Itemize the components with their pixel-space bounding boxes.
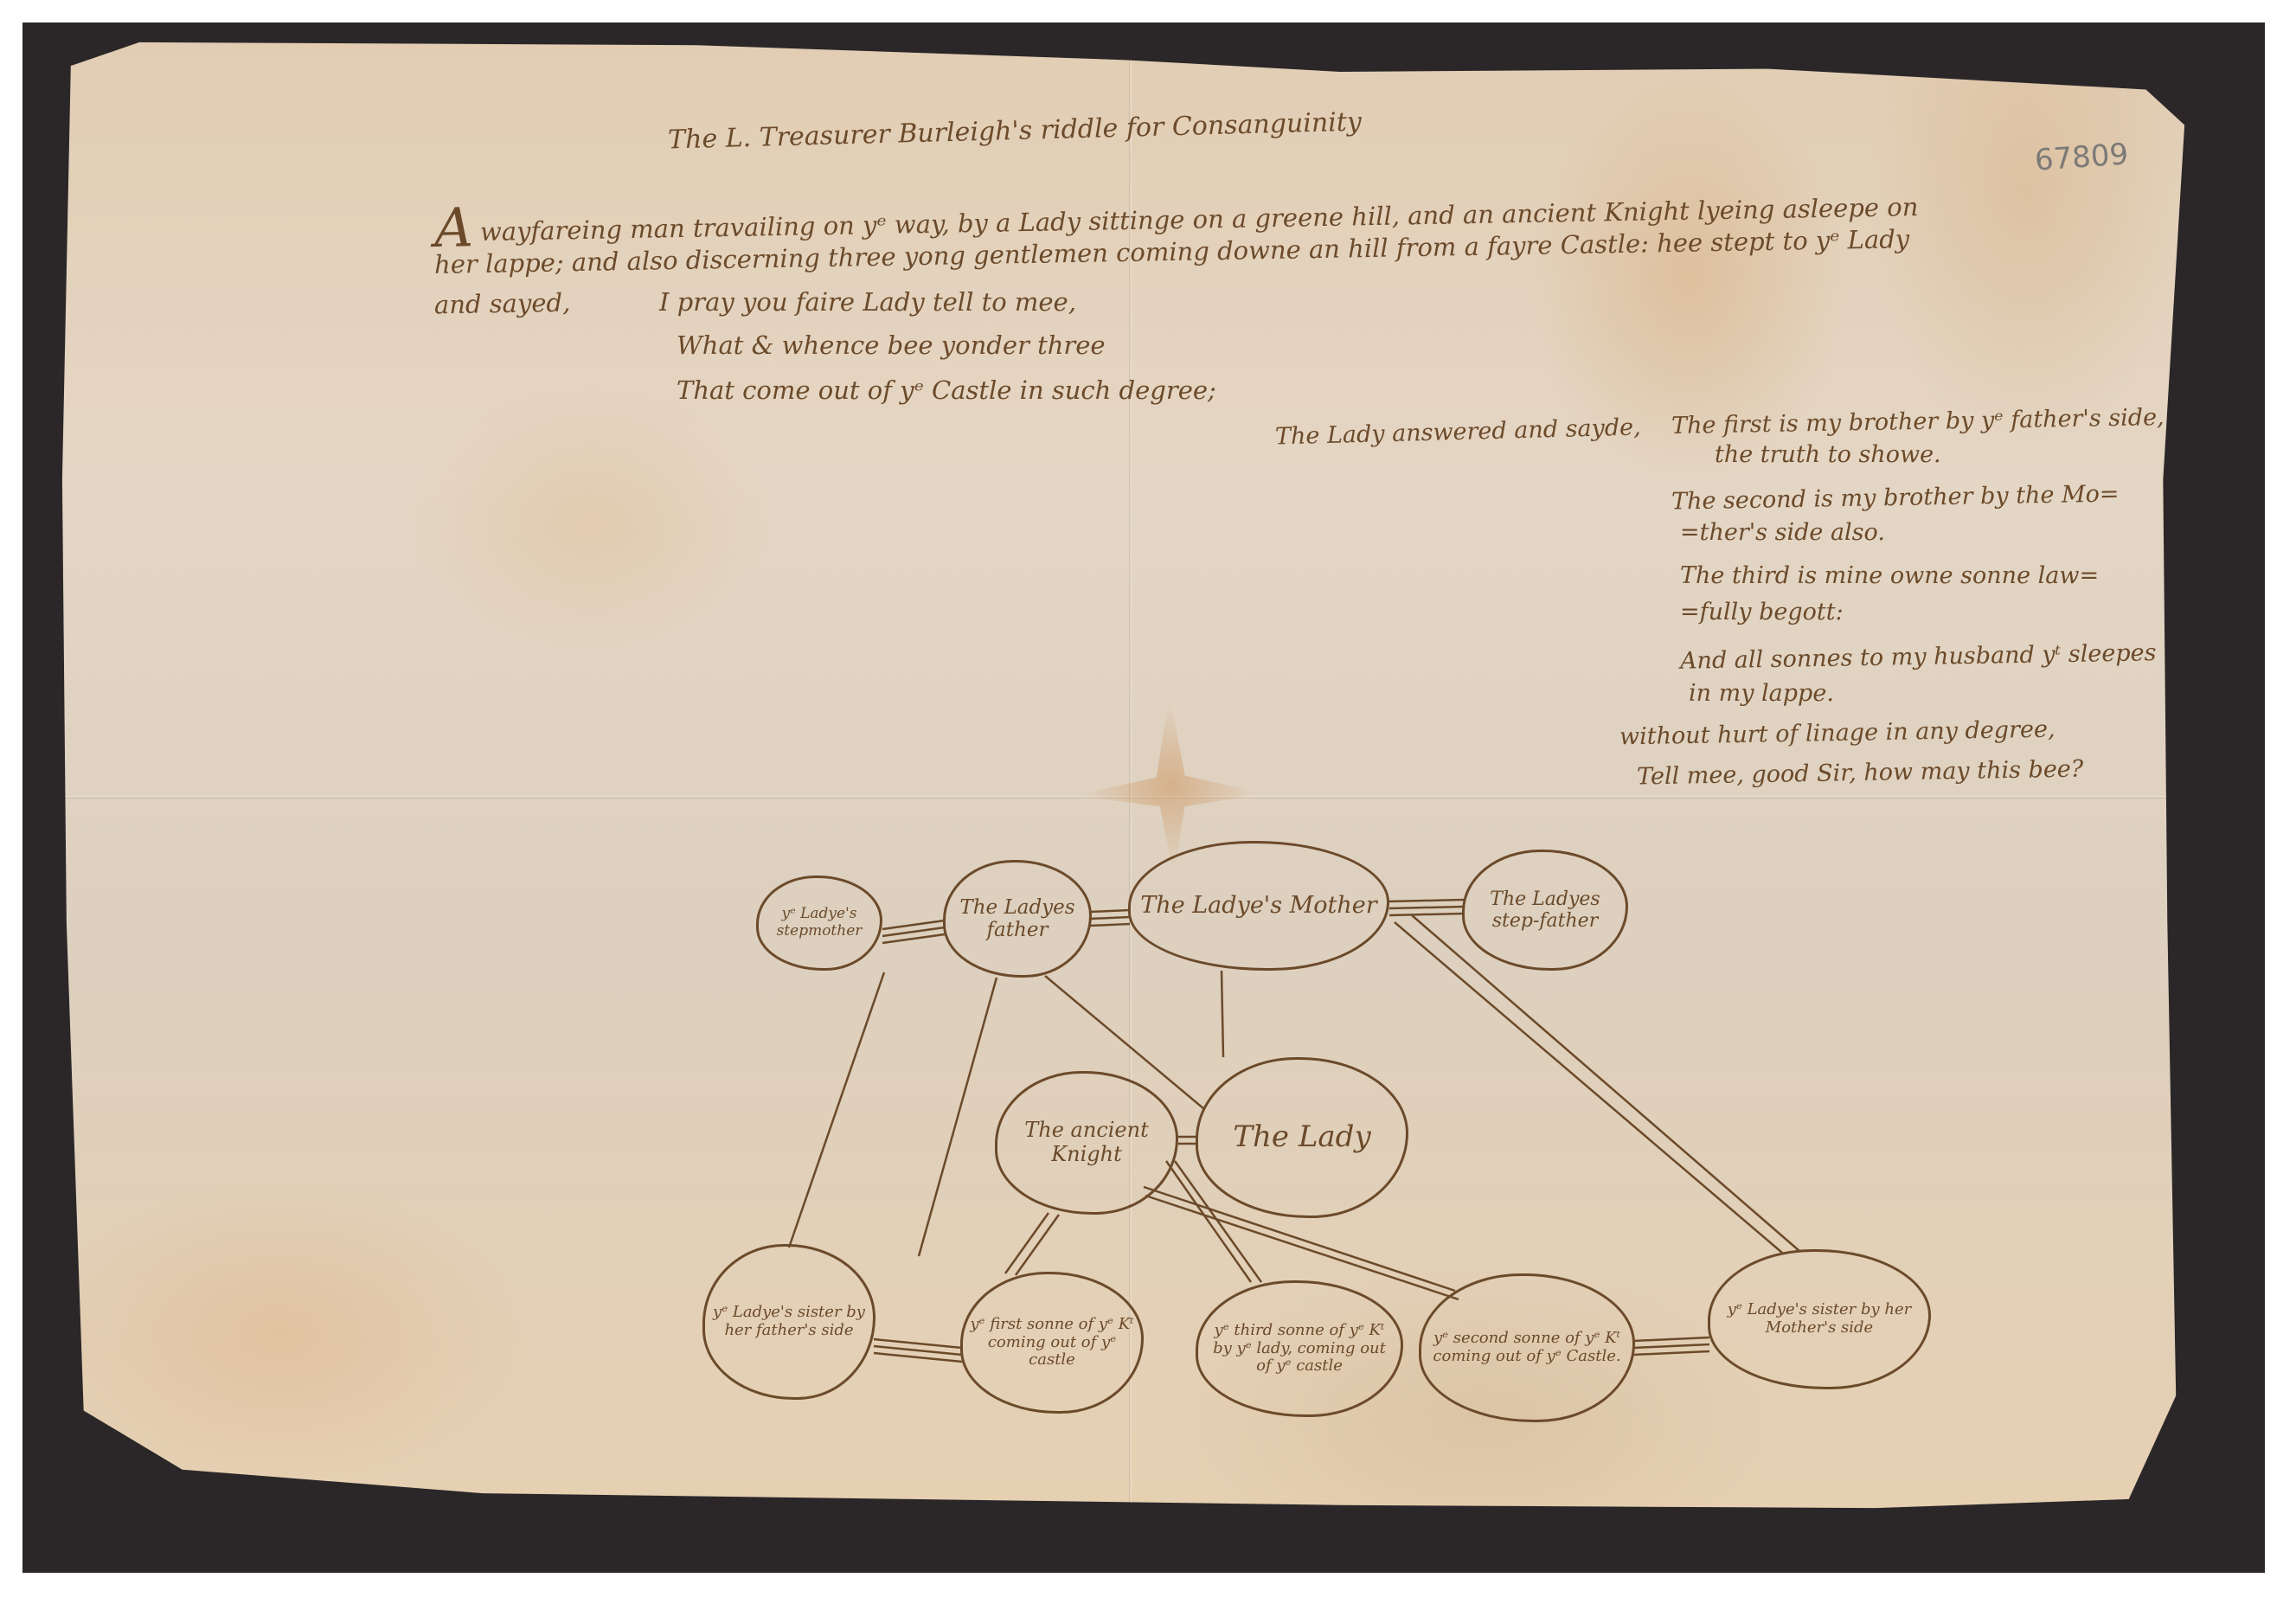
node-the-lady: The Lady: [1196, 1057, 1408, 1218]
node-ladys-mother: The Ladye's Mother: [1128, 841, 1389, 971]
node-ladys-stepfather: The Ladyes step-father: [1462, 850, 1628, 971]
node-ancient-knight: The ancient Knight: [995, 1071, 1178, 1215]
node-ladys-stepmother: yᵉ Ladye's stepmother: [756, 875, 882, 971]
node-second-son: yᵉ second sonne of yᵉ Kᵗ coming out of y…: [1419, 1273, 1635, 1422]
node-ladys-father: The Ladyes father: [943, 860, 1092, 978]
node-third-son: yᵉ third sonne of yᵉ Kᵗ by yᵉ lady, comi…: [1196, 1280, 1403, 1417]
node-first-son: yᵉ first sonne of yᵉ Kᵗ coming out of yᵉ…: [960, 1272, 1144, 1414]
node-sister-fathers-side: yᵉ Ladye's sister by her father's side: [702, 1244, 875, 1400]
node-sister-mothers-side: yᵉ Ladye's sister by her Mother's side: [1708, 1249, 1931, 1389]
manuscript-page: 67809 The L. Treasurer Burleigh's riddle…: [54, 36, 2197, 1514]
